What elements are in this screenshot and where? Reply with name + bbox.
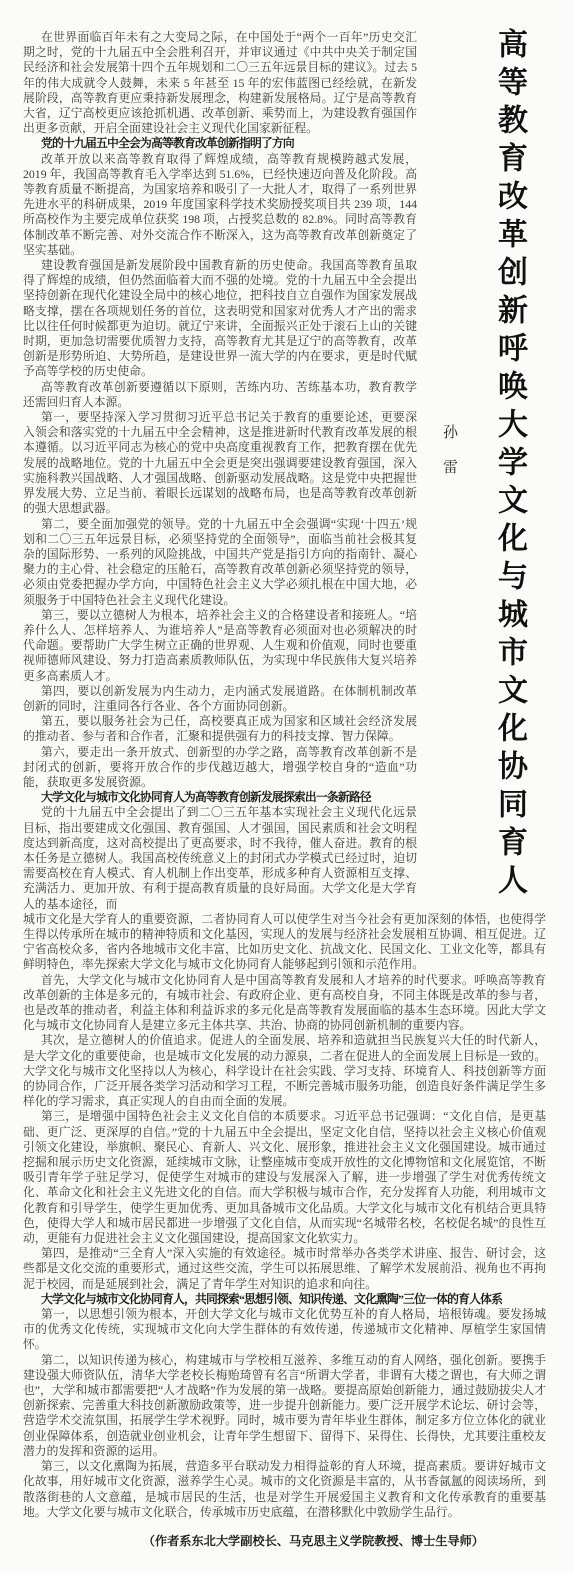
paragraph: 第四，要以创新发展为内生动力，走内涵式发展道路。在体制机制改革创新的同时，注重同… <box>23 684 417 714</box>
paragraph: 第三，要以立德树人为根本，培养社会主义的合格建设者和接班人。“培养什么人、怎样培… <box>23 608 417 684</box>
paragraph: 首先，大学文化与城市文化协同育人是中国高等教育发展和人才培养的时代要求。呼唤高等… <box>23 973 546 1034</box>
paragraph: 建设教育强国是新发展阶段中国教育新的历史使命。我国高等教育虽取得了辉煌的成绩，但… <box>23 258 417 380</box>
paragraph: 高等教育改革创新要遵循以下原则，苦练内功、苦练基本功，教育教学还需回归育人本源。 <box>23 380 417 410</box>
section-heading: 大学文化与城市文化协同育人为高等教育创新发展探索出一条新路径 <box>23 790 417 805</box>
paragraph: 第二，要全面加强党的领导。党的十九届五中全会强调“实现‘十四五’规划和二〇三五年… <box>23 517 417 608</box>
paragraph: 第五，要以服务社会为己任，高校要真正成为国家和区域社会经济发展的推动者、参与者和… <box>23 714 417 744</box>
paragraph: 城市文化是大学育人的重要资源，二者协同育人可以使学生对当今社会有更加深刻的体悟，… <box>23 912 546 973</box>
paragraph: 其次，是立德树人的价值追求。促进人的全面发展、培养和造就担当民族复兴大任的时代新… <box>23 1033 546 1109</box>
paragraph: 在世界面临百年未有之大变局之际，在中国处于“两个一百年”历史交汇期之时，党的十九… <box>23 30 417 136</box>
paragraph: 党的十九届五中全会提出了到二〇三五年基本实现社会主义现代化远景目标，指出要建成文… <box>23 805 417 911</box>
article-body-full-width: 城市文化是大学育人的重要资源，二者协同育人可以使学生对当今社会有更加深刻的体悟，… <box>23 912 546 1520</box>
paragraph: 第一，要坚持深入学习贯彻习近平总书记关于教育的重要论述，更要深入领会和落实党的十… <box>23 410 417 516</box>
section-heading: 党的十九届五中全会为高等教育改革创新指明了方向 <box>23 136 417 151</box>
paragraph: 第三，是增强中国特色社会主义文化自信的本质要求。习近平总书记强调：“文化自信，是… <box>23 1109 546 1246</box>
paragraph: 第四，是推动“三全育人”深入实施的有效途径。城市时常举办各类学术讲座、报告、研讨… <box>23 1246 546 1292</box>
paragraph: 第二，以知识传递为核心，构建城市与学校相互滋养、多维互动的育人网络，强化创新。要… <box>23 1353 546 1459</box>
paragraph: 改革开放以来高等教育取得了辉煌成绩，高等教育规模跨越式发展，2019 年，我国高… <box>23 152 417 258</box>
article-author-name: 孙雷 <box>441 424 456 494</box>
article-body-narrow-column: 在世界面临百年未有之大变局之际，在中国处于“两个一百年”历史交汇期之时，党的十九… <box>23 30 417 912</box>
section-heading: 大学文化与城市文化协同育人，共同探索“思想引领、知识传递、文化熏陶”三位一体的育… <box>23 1292 546 1307</box>
newspaper-article-page: 高等教育改革创新呼唤大学文化与城市文化协同育人 孙雷 在世界面临百年未有之大变局… <box>0 0 574 1573</box>
paragraph: 第三，以文化熏陶为拓展，营造多平台联动发力相得益彰的育人环境，提高素质。要讲好城… <box>23 1459 546 1520</box>
paragraph: 第六，要走出一条开放式、创新型的办学之路，高等教育改革创新不是封闭式的创新，要将… <box>23 745 417 791</box>
paragraph: 第一，以思想引领为根本，开创大学文化与城市文化优势互补的育人格局，培根铸魂。要发… <box>23 1307 546 1353</box>
article-vertical-title: 高等教育改革创新呼唤大学文化与城市文化协同育人 <box>494 28 524 908</box>
author-credit-line: （作者系东北大学副校长、马克思主义学院教授、博士生导师） <box>23 1534 546 1549</box>
